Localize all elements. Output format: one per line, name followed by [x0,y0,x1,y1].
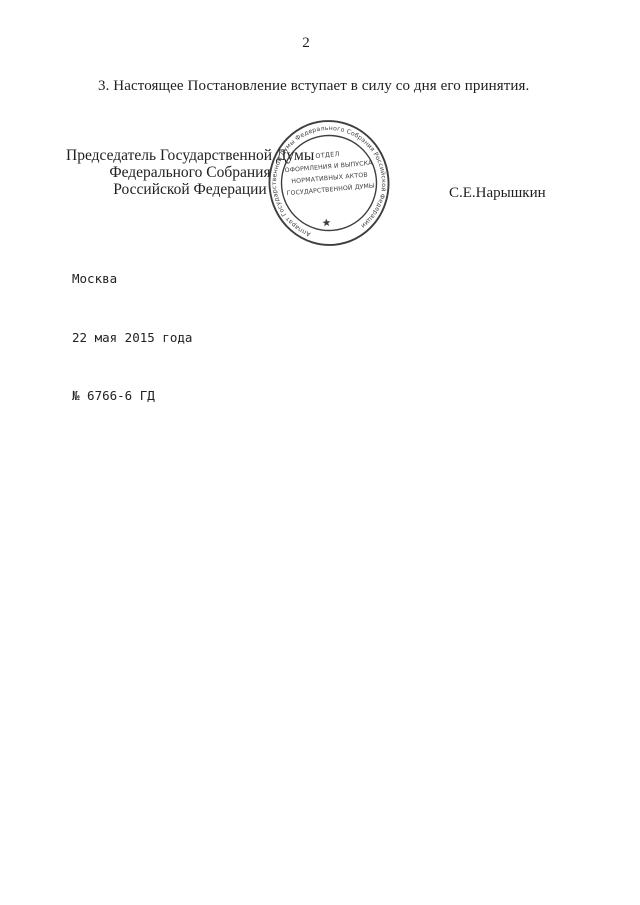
footer-block: Москва 22 мая 2015 года № 6766-6 ГД [72,230,192,445]
stamp-star-icon [322,218,331,226]
signer-name: С.Е.Нарышкин [449,185,546,202]
page-number: 2 [0,35,612,52]
official-stamp-icon: Аппарат Государственной Думы Федеральног… [265,118,393,250]
date-label: 22 мая 2015 года [72,328,192,348]
body-paragraph: 3. Настоящее Постановление вступает в си… [98,78,529,95]
document-page: 2 3. Настоящее Постановление вступает в … [0,0,640,905]
document-number: № 6766-6 ГД [72,386,192,406]
stamp-line-1: ОТДЕЛ [315,150,340,160]
city-label: Москва [72,269,192,289]
